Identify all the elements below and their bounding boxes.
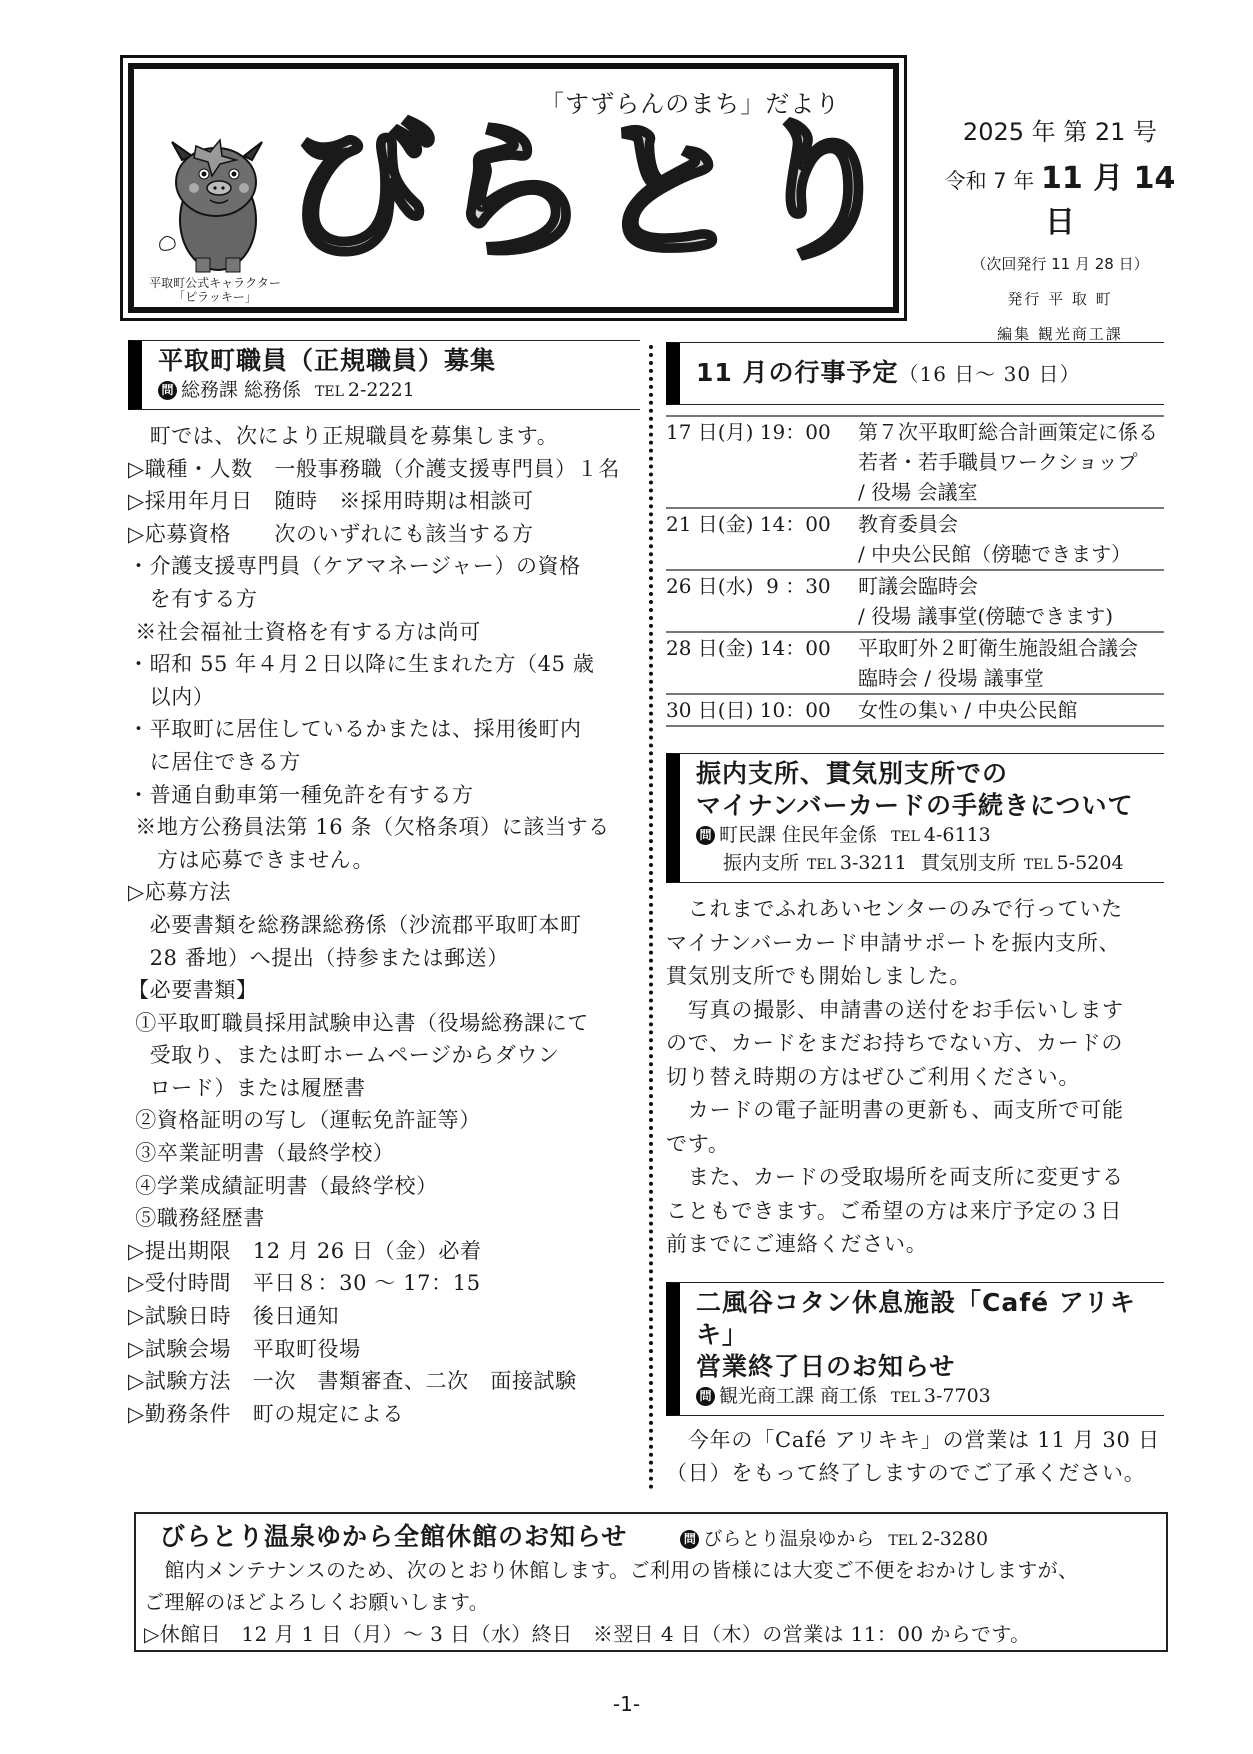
recruit-line: ・普通自動車第一種免許を有する方 bbox=[128, 779, 640, 812]
event-desc-line: 教育委員会 bbox=[858, 509, 1164, 539]
event-row: 17 日(月) 19：00 第７次平取町総合計画策定に係る 若者・若手職員ワーク… bbox=[666, 417, 1164, 509]
recruit-line: ①平取町職員採用試験申込書（役場総務課にて bbox=[128, 1007, 640, 1040]
mynumber-line: また、カードの受取場所を両支所に変更する bbox=[666, 1161, 1164, 1195]
inquiry-icon: 問 bbox=[158, 381, 177, 400]
mynumber-line: ので、カードをまだお持ちでない方、カードの bbox=[666, 1027, 1164, 1061]
issue-date-main: 11 月 14 日 bbox=[1041, 161, 1175, 240]
recruit-section: 平取町職員（正規職員）募集 問総務課 総務係TEL2-2221 町では、次により… bbox=[128, 340, 640, 1430]
cafe-header: 二風谷コタン休息施設「Café アリキキ」 営業終了日のお知らせ 問観光商工課 … bbox=[666, 1282, 1164, 1416]
recruit-line: 受取り、または町ホームページからダウン bbox=[128, 1039, 640, 1072]
recruit-line: ▷応募方法 bbox=[128, 876, 640, 909]
event-desc-line: / 役場 議事堂(傍聴できます) bbox=[858, 601, 1164, 631]
event-desc-line: 臨時会 / 役場 議事堂 bbox=[858, 663, 1164, 693]
mynumber-line: こともできます。ご希望の方は来庁予定の３日 bbox=[666, 1195, 1164, 1229]
onsen-contact: 問びらとり温泉ゆからTEL2-3280 bbox=[680, 1524, 988, 1551]
recruit-contact: 問総務課 総務係TEL2-2221 bbox=[158, 377, 640, 405]
masthead-logo: びらとり bbox=[285, 118, 901, 268]
recruit-line: ※社会福祉士資格を有する方は尚可 bbox=[128, 616, 640, 649]
onsen-line: ▷休館日 12 月 1 日（月）～ 3 日（水）終日 ※翌日 4 日（木）の営業… bbox=[144, 1618, 1152, 1650]
cafe-contact-dept: 観光商工課 商工係 bbox=[719, 1385, 877, 1407]
tel-label: TEL bbox=[315, 384, 344, 400]
event-desc: 女性の集い / 中央公民館 bbox=[858, 695, 1164, 725]
branch2-name: 貫気別支所 bbox=[921, 852, 1016, 874]
inquiry-icon: 問 bbox=[680, 1530, 699, 1549]
mynumber-title-line1: 振内支所、貫気別支所での bbox=[696, 758, 1164, 790]
onsen-line: 館内メンテナンスのため、次のとおり休館します。ご利用の皆様には大変ご不便をおかけ… bbox=[144, 1554, 1152, 1586]
events-title: 11 月の行事予定（16 日～ 30 日） bbox=[696, 357, 1164, 390]
mynumber-body: これまでふれあいセンターのみで行っていた マイナンバーカード申請サポートを振内支… bbox=[666, 893, 1164, 1262]
recruit-line: ・平取町に居住しているかまたは、採用後町内 bbox=[128, 713, 640, 746]
mynumber-line: 貫気別支所でも開始しました。 bbox=[666, 960, 1164, 994]
mascot-caption-line1: 平取町公式キャラクター bbox=[140, 276, 290, 290]
branch1-name: 振内支所 bbox=[723, 852, 799, 874]
event-desc-line: / 役場 会議室 bbox=[858, 477, 1164, 507]
publisher: 発行 平 取 町 bbox=[930, 288, 1190, 309]
recruit-title: 平取町職員（正規職員）募集 bbox=[158, 345, 640, 377]
event-desc-line: / 中央公民館（傍聴できます） bbox=[858, 539, 1164, 569]
event-desc-line: 女性の集い / 中央公民館 bbox=[858, 695, 1164, 725]
inquiry-icon: 問 bbox=[696, 826, 715, 845]
branch2-tel: 5-5204 bbox=[1057, 852, 1124, 874]
cafe-title-line1: 二風谷コタン休息施設「Café アリキキ」 bbox=[696, 1287, 1164, 1351]
editor: 編集 観光商工課 bbox=[930, 323, 1190, 344]
recruit-line: 方は応募できません。 bbox=[128, 844, 640, 877]
mynumber-branches: 振内支所TEL3-3211 貫気別支所TEL5-5204 bbox=[696, 850, 1164, 878]
recruit-line: ※地方公務員法第 16 条（欠格条項）に該当する bbox=[128, 811, 640, 844]
events-title-text: 11 月の行事予定 bbox=[696, 358, 899, 387]
issue-info: 2025 年 第 21 号 令和 7 年 11 月 14 日 （次回発行 11 … bbox=[930, 112, 1190, 344]
events-header: 11 月の行事予定（16 日～ 30 日） bbox=[666, 342, 1164, 405]
events-range: （16 日～ 30 日） bbox=[899, 362, 1081, 386]
column-divider bbox=[649, 345, 653, 1490]
recruit-line: ④学業成績証明書（最終学校） bbox=[128, 1170, 640, 1203]
inquiry-icon: 問 bbox=[696, 1387, 715, 1406]
event-desc: 平取町外２町衛生施設組合議会 臨時会 / 役場 議事堂 bbox=[858, 633, 1164, 693]
cafe-title-line2: 営業終了日のお知らせ bbox=[696, 1351, 1164, 1383]
mynumber-contact: 問町民課 住民年金係TEL4-6113 bbox=[696, 822, 1164, 850]
next-issue: （次回発行 11 月 28 日） bbox=[930, 253, 1190, 274]
recruit-line: を有する方 bbox=[128, 583, 640, 616]
event-date: 21 日(金) 14：00 bbox=[666, 509, 858, 569]
event-row: 21 日(金) 14：00 教育委員会 / 中央公民館（傍聴できます） bbox=[666, 509, 1164, 571]
mynumber-header: 振内支所、貫気別支所での マイナンバーカードの手続きについて 問町民課 住民年金… bbox=[666, 753, 1164, 883]
recruit-tel: 2-2221 bbox=[348, 379, 415, 401]
event-desc-line: 第７次平取町総合計画策定に係る bbox=[858, 417, 1164, 447]
recruit-line: ▷試験方法 一次 書類審査、二次 面接試験 bbox=[128, 1365, 640, 1398]
cafe-line: （日）をもって終了しますのでご了承ください。 bbox=[666, 1457, 1164, 1491]
mascot-caption-line2: 「ピラッキー」 bbox=[140, 290, 290, 304]
mynumber-line: 切り替え時期の方はぜひご利用ください。 bbox=[666, 1061, 1164, 1095]
onsen-title: びらとり温泉ゆから全館休館のお知らせ bbox=[144, 1520, 627, 1554]
onsen-body: 館内メンテナンスのため、次のとおり休館します。ご利用の皆様には大変ご不便をおかけ… bbox=[144, 1554, 1152, 1650]
onsen-notice-box: びらとり温泉ゆから全館休館のお知らせ 問びらとり温泉ゆからTEL2-3280 館… bbox=[134, 1512, 1168, 1652]
event-desc: 町議会臨時会 / 役場 議事堂(傍聴できます) bbox=[858, 571, 1164, 631]
branch1-tel: 3-3211 bbox=[840, 852, 907, 874]
mynumber-line: カードの電子証明書の更新も、両支所で可能 bbox=[666, 1094, 1164, 1128]
onsen-contact-dept: びらとり温泉ゆから bbox=[703, 1528, 874, 1550]
recruit-line: ③卒業証明書（最終学校） bbox=[128, 1137, 640, 1170]
event-desc-line: 平取町外２町衛生施設組合議会 bbox=[858, 633, 1164, 663]
recruit-contact-dept: 総務課 総務係 bbox=[181, 379, 301, 401]
mynumber-line: マイナンバーカード申請サポートを振内支所、 bbox=[666, 927, 1164, 961]
cafe-contact: 問観光商工課 商工係TEL3-7703 bbox=[696, 1383, 1164, 1411]
event-date: 28 日(金) 14：00 bbox=[666, 633, 858, 693]
issue-number: 2025 年 第 21 号 bbox=[930, 112, 1190, 147]
event-date: 26 日(水) 9 ：30 bbox=[666, 571, 858, 631]
event-date: 30 日(日) 10：00 bbox=[666, 695, 858, 725]
mynumber-title-line2: マイナンバーカードの手続きについて bbox=[696, 790, 1164, 822]
event-row: 30 日(日) 10：00 女性の集い / 中央公民館 bbox=[666, 695, 1164, 727]
recruit-line: 【必要書類】 bbox=[128, 974, 640, 1007]
event-row: 28 日(金) 14：00 平取町外２町衛生施設組合議会 臨時会 / 役場 議事… bbox=[666, 633, 1164, 695]
page-number: -1- bbox=[0, 1692, 1253, 1716]
recruit-line: ▷応募資格 次のいずれにも該当する方 bbox=[128, 518, 640, 551]
event-desc-line: 町議会臨時会 bbox=[858, 571, 1164, 601]
recruit-line: 以内） bbox=[128, 681, 640, 714]
tel-label: TEL bbox=[888, 1533, 917, 1549]
recruit-line: ▷受付時間 平日８：30 ～ 17：15 bbox=[128, 1267, 640, 1300]
cafe-tel: 3-7703 bbox=[924, 1385, 991, 1407]
recruit-line: ・昭和 55 年４月２日以降に生まれた方（45 歳 bbox=[128, 648, 640, 681]
recruit-line: ▷提出期限 12 月 26 日（金）必着 bbox=[128, 1235, 640, 1268]
onsen-tel: 2-3280 bbox=[921, 1528, 988, 1550]
mynumber-line: です。 bbox=[666, 1128, 1164, 1162]
recruit-line: ロード）または履歴書 bbox=[128, 1072, 640, 1105]
cafe-line: 今年の「Café アリキキ」の営業は 11 月 30 日 bbox=[666, 1424, 1164, 1458]
events-schedule: 17 日(月) 19：00 第７次平取町総合計画策定に係る 若者・若手職員ワーク… bbox=[666, 415, 1164, 727]
recruit-line: ▷試験会場 平取町役場 bbox=[128, 1333, 640, 1366]
recruit-line: 町では、次により正規職員を募集します。 bbox=[128, 420, 640, 453]
recruit-line: ②資格証明の写し（運転免許証等） bbox=[128, 1104, 640, 1137]
event-row: 26 日(水) 9 ：30 町議会臨時会 / 役場 議事堂(傍聴できます) bbox=[666, 571, 1164, 633]
tel-label: TEL bbox=[891, 1390, 920, 1406]
tel-label: TEL bbox=[891, 829, 920, 845]
recruit-line: ⑤職務経歴書 bbox=[128, 1202, 640, 1235]
recruit-line: ▷採用年月日 随時 ※採用時期は相談可 bbox=[128, 485, 640, 518]
recruit-line: ▷勤務条件 町の規定による bbox=[128, 1398, 640, 1431]
mynumber-contact-dept: 町民課 住民年金係 bbox=[719, 824, 877, 846]
mascot-pirakki-icon bbox=[152, 130, 277, 275]
mynumber-line: これまでふれあいセンターのみで行っていた bbox=[666, 893, 1164, 927]
mynumber-tel: 4-6113 bbox=[924, 824, 991, 846]
recruit-body: 町では、次により正規職員を募集します。 ▷職種・人数 一般事務職（介護支援専門員… bbox=[128, 420, 640, 1430]
event-desc: 教育委員会 / 中央公民館（傍聴できます） bbox=[858, 509, 1164, 569]
recruit-line: に居住できる方 bbox=[128, 746, 640, 779]
right-column: 11 月の行事予定（16 日～ 30 日） 17 日(月) 19：00 第７次平… bbox=[666, 342, 1164, 1491]
recruit-line: 28 番地）へ提出（持参または郵送） bbox=[128, 942, 640, 975]
event-date: 17 日(月) 19：00 bbox=[666, 417, 858, 507]
recruit-line: ▷職種・人数 一般事務職（介護支援専門員）１名 bbox=[128, 453, 640, 486]
recruit-line: ▷試験日時 後日通知 bbox=[128, 1300, 640, 1333]
onsen-line: ご理解のほどよろしくお願いします。 bbox=[144, 1586, 1152, 1618]
recruit-line: 必要書類を総務課総務係（沙流郡平取町本町 bbox=[128, 909, 640, 942]
mynumber-line: 写真の撮影、申請書の送付をお手伝いします bbox=[666, 994, 1164, 1028]
event-desc: 第７次平取町総合計画策定に係る 若者・若手職員ワークショップ / 役場 会議室 bbox=[858, 417, 1164, 507]
tel-label: TEL bbox=[1024, 857, 1053, 873]
cafe-body: 今年の「Café アリキキ」の営業は 11 月 30 日 （日）をもって終了しま… bbox=[666, 1424, 1164, 1491]
event-desc-line: 若者・若手職員ワークショップ bbox=[858, 447, 1164, 477]
issue-date: 令和 7 年 11 月 14 日 bbox=[930, 153, 1190, 241]
tel-label: TEL bbox=[807, 857, 836, 873]
mascot-caption: 平取町公式キャラクター 「ピラッキー」 bbox=[140, 276, 290, 304]
recruit-line: ・介護支援専門員（ケアマネージャー）の資格 bbox=[128, 550, 640, 583]
mynumber-line: 前までにご連絡ください。 bbox=[666, 1228, 1164, 1262]
recruit-header: 平取町職員（正規職員）募集 問総務課 総務係TEL2-2221 bbox=[128, 340, 640, 410]
issue-date-prefix: 令和 7 年 bbox=[945, 169, 1035, 193]
